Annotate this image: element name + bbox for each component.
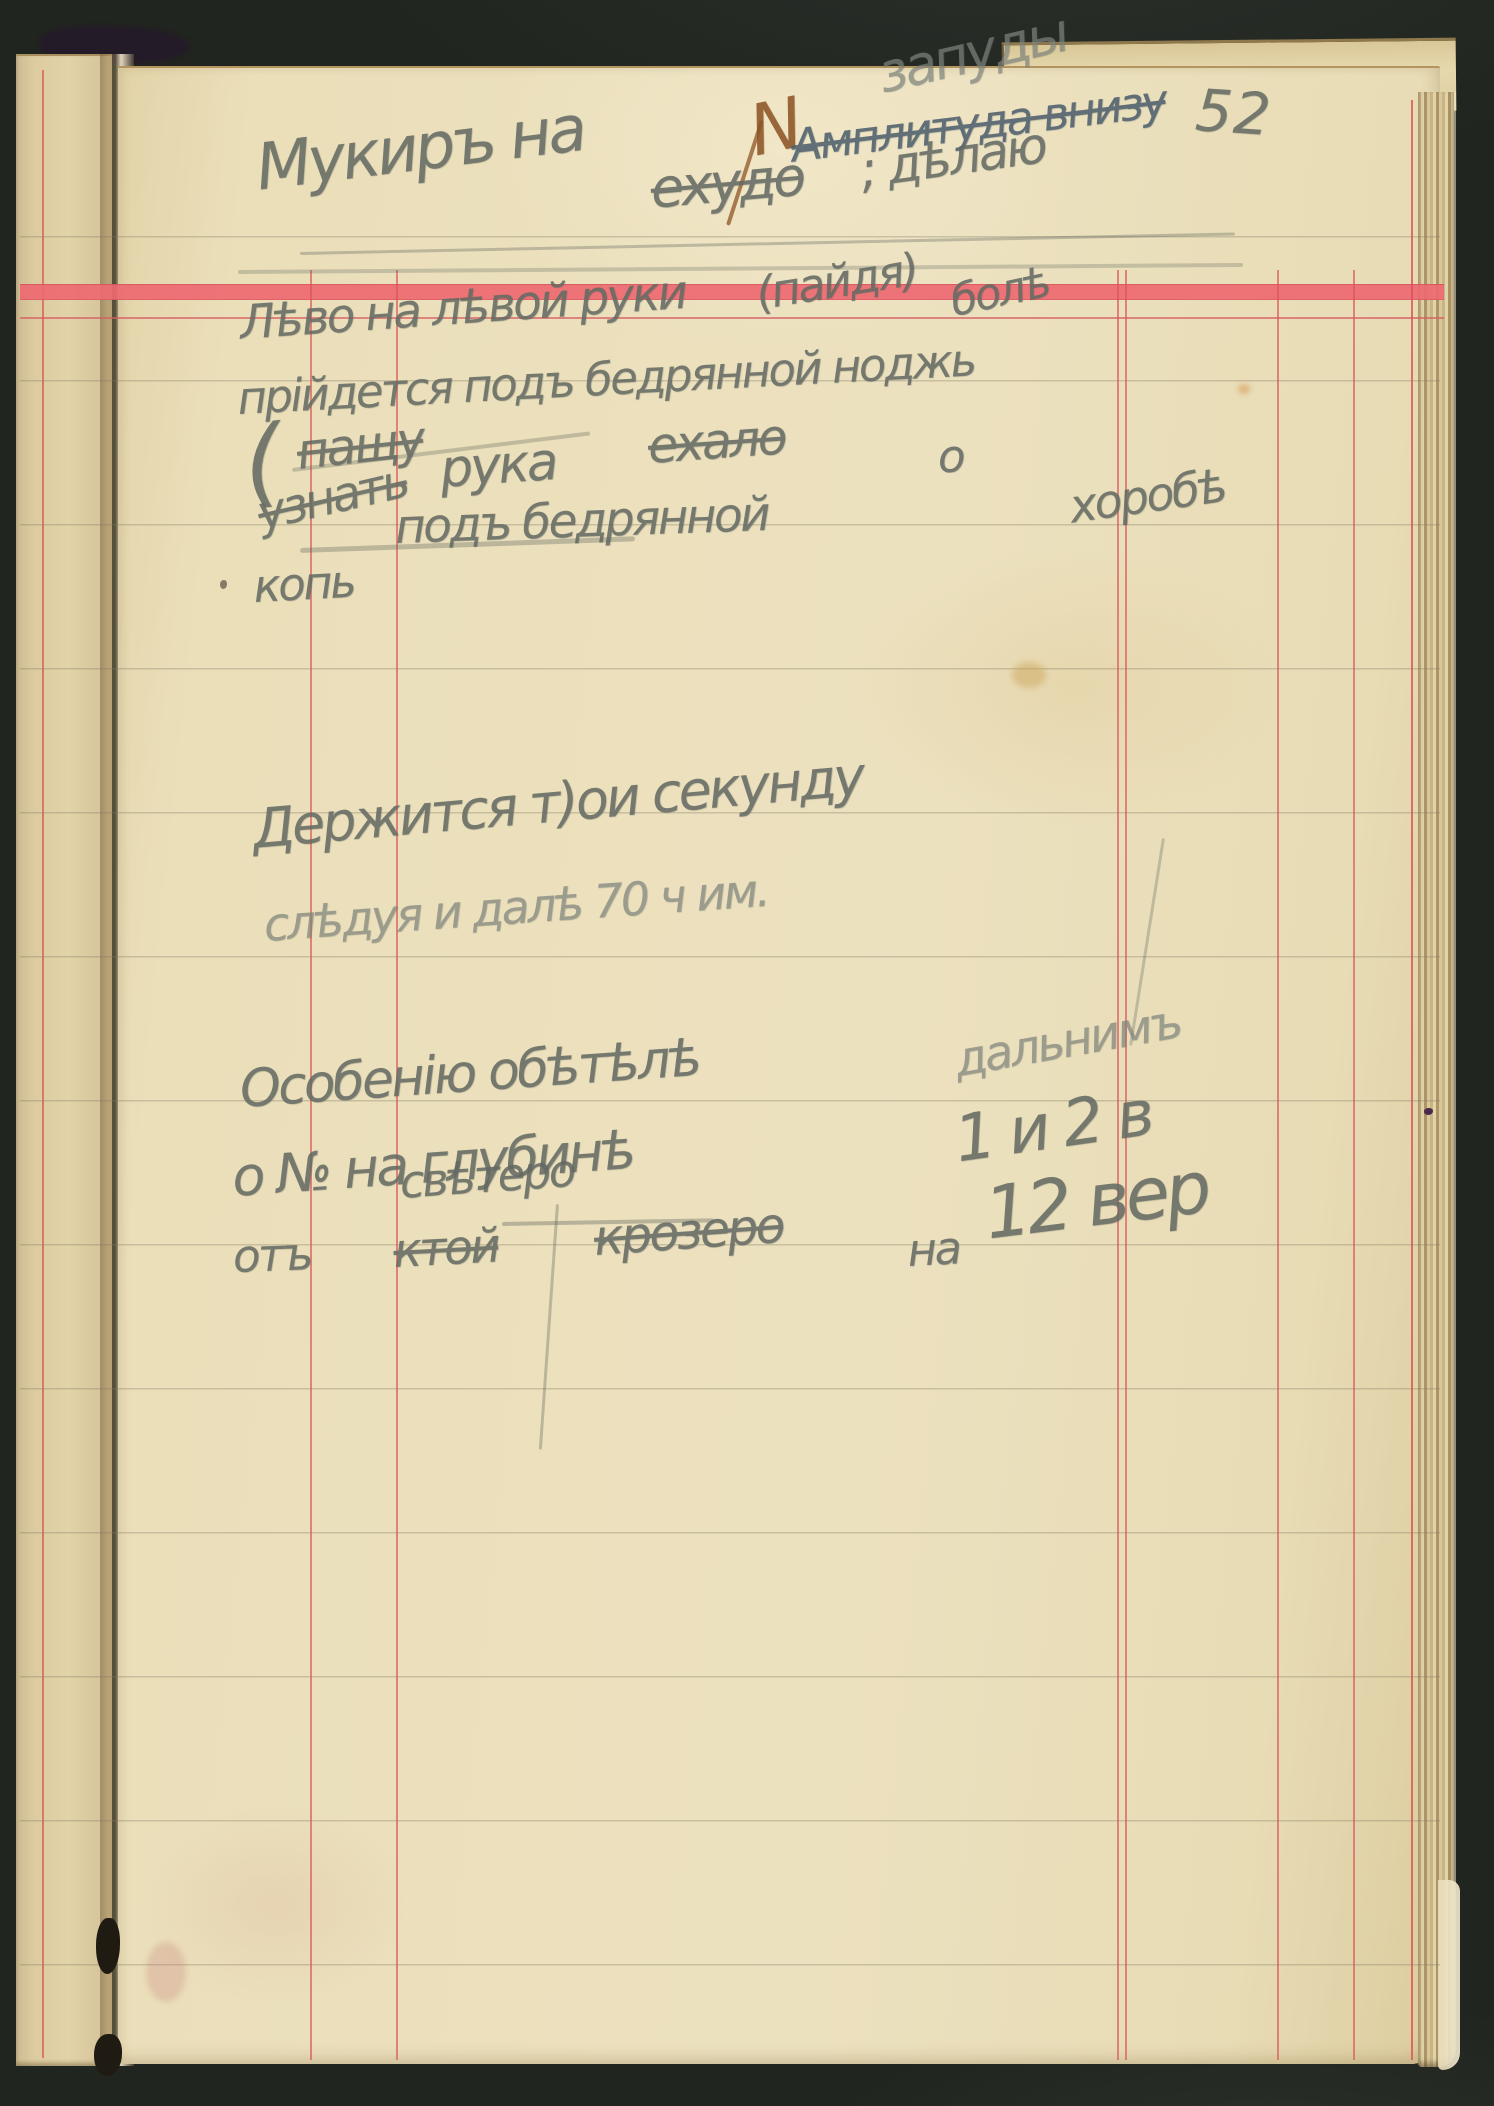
paper-stain [1012,662,1046,688]
red-header-band [20,284,1444,300]
red-vertical-line [1353,270,1355,2060]
handwriting-struck-word: ктой [392,1219,499,1279]
ink-blot [94,2034,122,2076]
page-number: 52 [1193,76,1274,149]
red-header-thin-line [20,317,1444,319]
paper-stain [1238,384,1250,394]
margin-line-sliver [42,70,44,2058]
underpage-torn-edge [1438,1880,1460,2070]
handwriting-line: копь [252,555,355,613]
fore-edge-page-stack [1418,92,1454,2067]
red-edge-line [1411,100,1413,2060]
red-vertical-line [1277,270,1279,2060]
handwriting-line: о [938,430,963,483]
facing-page-sliver [16,54,112,2066]
handwriting-line: рука [438,432,558,500]
heading-struck-word: ехудо [648,145,806,221]
paper-stain [146,1942,186,2002]
handwriting-line: отъ [232,1227,312,1283]
handwriting-struck-word: ехало [646,408,787,474]
handwriting-line: на [906,1221,961,1277]
scanned-notebook-photo: N запуды Амплитуда внизу 52 Мукиръ на ех… [0,0,1494,2106]
